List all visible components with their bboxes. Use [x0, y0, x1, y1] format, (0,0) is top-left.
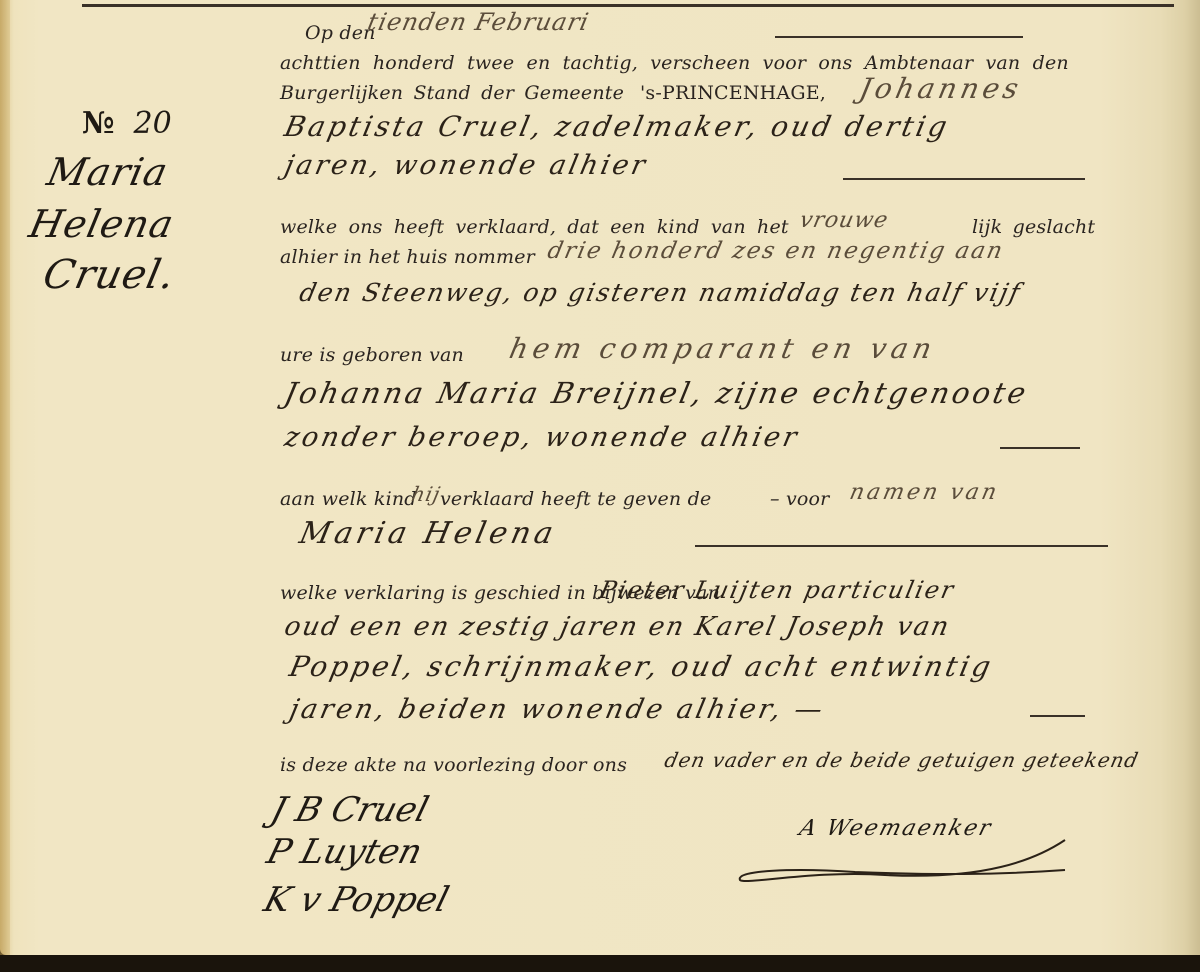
- printed-voor: – voor: [770, 488, 829, 510]
- signature-witness2: K v Poppel: [260, 880, 453, 920]
- printed-burgerlijke-stand: Burgerlijken Stand der Gemeente: [280, 82, 624, 104]
- margin-name-3: Cruel.: [39, 252, 179, 298]
- hand-date: tienden Februari: [365, 8, 592, 36]
- register-page: № 20 Maria Helena Cruel. Op den tienden …: [0, 0, 1200, 955]
- printed-municipality: 's-PRINCENHAGE,: [640, 82, 826, 104]
- number-symbol: №: [82, 106, 115, 141]
- hand-father-name-occupation: Baptista Cruel, zadelmaker, oud dertig: [281, 110, 952, 143]
- hand-hem-comparant: hem comparant en van: [506, 332, 939, 365]
- fill-line: [695, 545, 1108, 547]
- hand-witness1-age: oud een en zestig jaren en Karel Joseph …: [282, 612, 953, 642]
- hand-witness2: Poppel, schrijnmaker, oud acht entwintig: [286, 650, 996, 683]
- printed-line-year: achttien honderd twee en tachtig, versch…: [280, 52, 1069, 74]
- printed-lijk-geslacht: lijk geslacht: [972, 216, 1095, 238]
- entry-number: № 20: [82, 106, 172, 141]
- fill-line: [1000, 447, 1080, 449]
- hand-father-firstname: Johannes: [856, 72, 1025, 105]
- hand-street-time: den Steenweg, op gisteren namiddag ten h…: [297, 278, 1024, 307]
- signature-flourish: [735, 830, 1095, 890]
- hand-house-number: drie honderd zes en negentig aan: [545, 238, 1006, 264]
- hand-child-name: Maria Helena: [296, 516, 560, 551]
- fill-line: [775, 36, 1023, 38]
- printed-verklaard: welke ons heeft verklaard, dat een kind …: [280, 216, 789, 238]
- hand-witness1: Pieter Luijten particulier: [597, 576, 958, 604]
- hand-namen-van: namen van: [847, 480, 1001, 505]
- fill-line: [843, 178, 1085, 180]
- hand-gender: vrouwe: [797, 208, 891, 233]
- margin-name-2: Helena: [25, 202, 178, 246]
- hand-mother-occupation: zonder beroep, wonende alhier: [282, 422, 803, 453]
- hand-father-residence: jaren, wonende alhier: [282, 150, 651, 181]
- printed-verklaard-heeft: verklaard heeft te geven de: [440, 488, 711, 510]
- fill-line: [1030, 715, 1085, 717]
- printed-aan-welk-kind: aan welk kind: [280, 488, 417, 510]
- signature-father: J B Cruel: [267, 790, 433, 830]
- top-rule: [82, 4, 1174, 7]
- hand-hij: hij: [409, 482, 443, 506]
- margin-name-1: Maria: [43, 150, 172, 194]
- hand-signed-by: den vader en de beide getuigen geteekend: [662, 748, 1141, 772]
- hand-mother-name: Johanna Maria Breijnel, zijne echtgenoot…: [281, 376, 1031, 410]
- printed-akte-voorlezing: is deze akte na voorlezing door ons: [280, 754, 627, 776]
- entry-number-value: 20: [134, 106, 172, 141]
- signature-witness1: P Luyten: [263, 832, 427, 872]
- hand-witness-residence: jaren, beiden wonende alhier, —: [287, 694, 828, 725]
- printed-geboren-van: ure is geboren van: [280, 344, 464, 366]
- printed-huis-nommer: alhier in het huis nommer: [280, 246, 535, 268]
